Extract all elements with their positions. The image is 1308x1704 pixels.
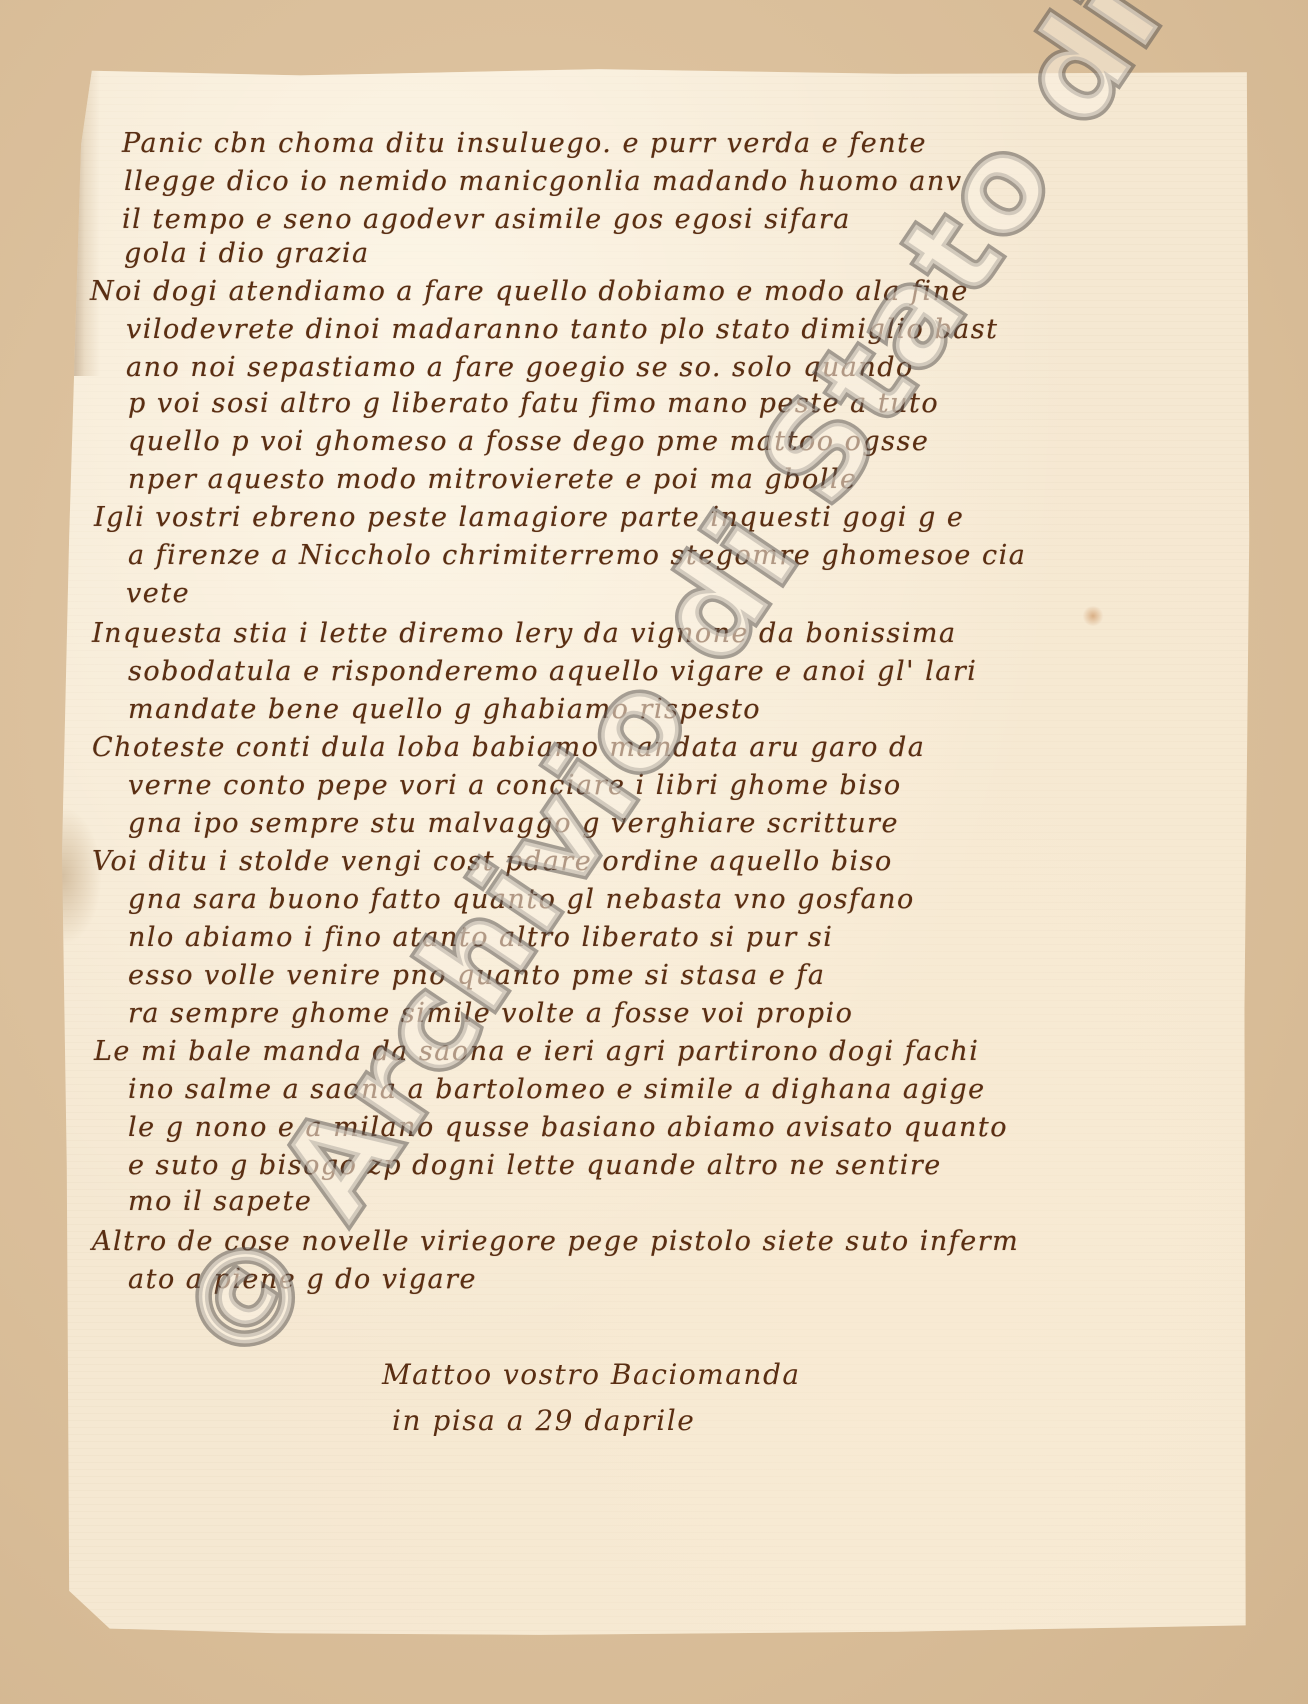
text-line: vete	[126, 578, 190, 609]
text-line: Inquesta stia i lette diremo lery da vig…	[92, 618, 957, 649]
text-line: gna ipo sempre stu malvaggo g verghiare …	[128, 808, 899, 839]
text-line: ato a piene g do vigare	[128, 1264, 477, 1295]
text-line: mandate bene quello g ghabiamo rispesto	[128, 694, 761, 725]
manuscript-page: Panic cbn choma ditu insuluego. e purr v…	[62, 66, 1254, 1638]
text-line: ano noi sepastiamo a fare goegio se so. …	[126, 352, 914, 383]
text-line: le g nono e a milano qusse basiano abiam…	[128, 1112, 1008, 1143]
signature: Mattoo vostro Baciomanda	[382, 1358, 801, 1391]
text-line: a firenze a Niccholo chrimiterremo stego…	[128, 540, 1026, 571]
text-line: llegge dico io nemido manicgonlia madand…	[124, 166, 963, 197]
text-line: Altro de cose novelle viriegore pege pis…	[92, 1226, 1019, 1257]
text-line: Le mi bale manda da saona e ieri agri pa…	[94, 1036, 979, 1067]
text-line: sobodatula e risponderemo aquello vigare…	[128, 656, 977, 687]
text-line: nlo abiamo i fino atanto altro liberato …	[128, 922, 833, 953]
text-line: esso volle venire pno quanto pme si stas…	[128, 960, 825, 991]
letter-body: Panic cbn choma ditu insuluego. e purr v…	[62, 66, 1254, 1638]
text-line: il tempo e seno agodevr asimile gos egos…	[122, 204, 851, 235]
text-line: ino salme a saona a bartolomeo e simile …	[128, 1074, 986, 1105]
text-line: mo il sapete	[128, 1186, 312, 1217]
text-line: gola i dio grazia	[124, 238, 370, 269]
text-line: Choteste conti dula loba babiamo mandata…	[92, 732, 925, 763]
text-line: gna sara buono fatto quanto gl nebasta v…	[128, 884, 915, 915]
text-line: nper aquesto modo mitrovierete e poi ma …	[128, 464, 858, 495]
text-line: p voi sosi altro g liberato fatu fimo ma…	[128, 388, 939, 419]
text-line: Noi dogi atendiamo a fare quello dobiamo…	[90, 276, 969, 307]
text-line: Panic cbn choma ditu insuluego. e purr v…	[122, 128, 927, 159]
text-line: e suto g bisogo zp dogni lette quande al…	[128, 1150, 942, 1181]
text-line: Voi ditu i stolde vengi cost pdare ordin…	[92, 846, 893, 877]
text-line: ra sempre ghome simile volte a fosse voi…	[128, 998, 853, 1029]
date-line: in pisa a 29 daprile	[392, 1404, 695, 1437]
text-line: vilodevrete dinoi madaranno tanto plo st…	[126, 314, 998, 345]
text-line: quello p voi ghomeso a fosse dego pme ma…	[128, 426, 929, 457]
text-line: verne conto pepe vori a conciare i libri…	[128, 770, 902, 801]
text-line: Igli vostri ebreno peste lamagiore parte…	[94, 502, 964, 533]
